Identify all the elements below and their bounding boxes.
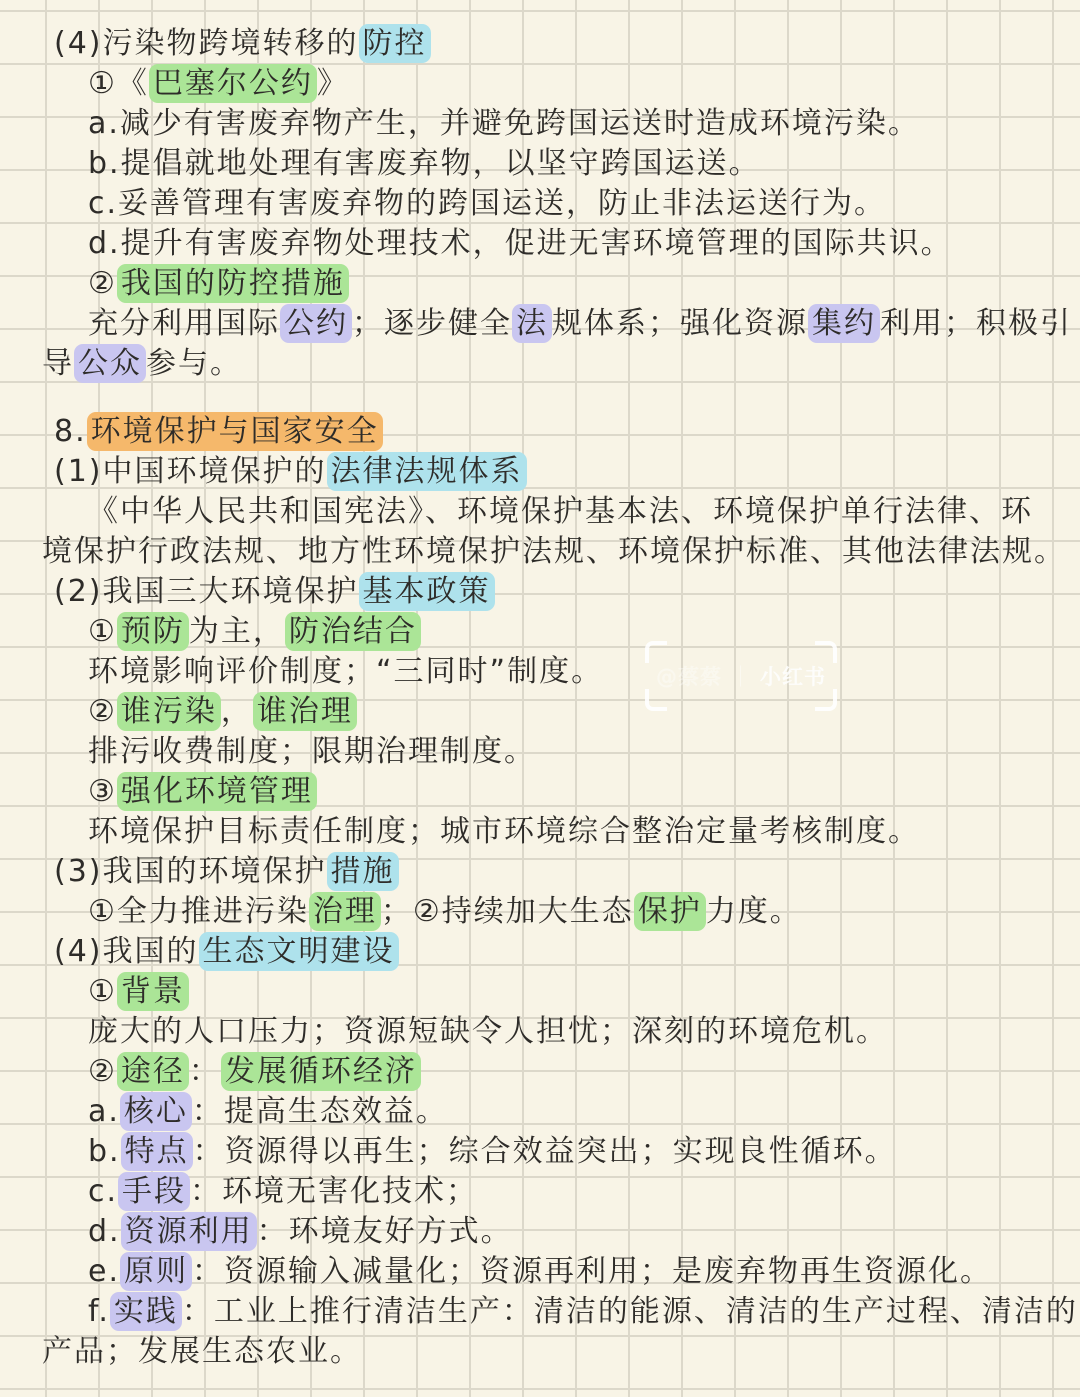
text-run: 利用；积极引 bbox=[880, 306, 1072, 341]
text-run: 力度。 bbox=[706, 894, 802, 929]
highlighted-term: 实践 bbox=[110, 1292, 182, 1331]
highlighted-term: 谁污染 bbox=[117, 692, 221, 731]
text-run: c. bbox=[88, 1174, 118, 1209]
note-line: f.实践：工业上推行清洁生产：清洁的能源、清洁的生产过程、清洁的 bbox=[42, 1292, 1080, 1332]
text-run: ： bbox=[189, 1054, 221, 1089]
text-run: ， bbox=[221, 694, 253, 729]
text-run: 》 bbox=[317, 66, 349, 101]
text-run: ①全力推进污染 bbox=[88, 894, 309, 929]
note-line: d.提升有害废弃物处理技术，促进无害环境管理的国际共识。 bbox=[42, 224, 1080, 264]
text-run: e. bbox=[88, 1254, 120, 1289]
notebook-page: (4)污染物跨境转移的防控①《巴塞尔公约》a.减少有害废弃物产生，并避免跨国运送… bbox=[0, 0, 1080, 1397]
text-run: ② bbox=[88, 266, 117, 301]
note-line: (2)我国三大环境保护基本政策 bbox=[42, 572, 1080, 612]
highlighted-term: 原则 bbox=[120, 1252, 192, 1291]
text-run: 庞大的人口压力；资源短缺令人担忧；深刻的环境危机。 bbox=[88, 1014, 888, 1049]
note-line: ①背景 bbox=[42, 972, 1080, 1012]
text-run: (4)我国的 bbox=[54, 934, 199, 969]
text-run: a.减少有害废弃物产生，并避免跨国运送时造成环境污染。 bbox=[88, 106, 920, 141]
highlighted-term: 特点 bbox=[121, 1132, 193, 1171]
note-line: 8.环境保护与国家安全 bbox=[42, 412, 1080, 452]
text-run: d.提升有害废弃物处理技术，促进无害环境管理的国际共识。 bbox=[88, 226, 953, 261]
text-run: ① bbox=[88, 974, 117, 1009]
text-run: (4)污染物跨境转移的 bbox=[54, 26, 359, 61]
note-line: e.原则：资源输入减量化；资源再利用；是废弃物再生资源化。 bbox=[42, 1252, 1080, 1292]
note-line: a.核心：提高生态效益。 bbox=[42, 1092, 1080, 1132]
text-run: 导 bbox=[42, 346, 74, 381]
text-run: a. bbox=[88, 1094, 120, 1129]
note-line: ②我国的防控措施 bbox=[42, 264, 1080, 304]
highlighted-term: 公约 bbox=[280, 304, 352, 343]
highlighted-term: 环境保护与国家安全 bbox=[87, 412, 383, 451]
note-line: 《中华人民共和国宪法》、环境保护基本法、环境保护单行法律、环 bbox=[42, 492, 1080, 532]
text-run: (2)我国三大环境保护 bbox=[54, 574, 359, 609]
note-line: b.特点：资源得以再生；综合效益突出；实现良性循环。 bbox=[42, 1132, 1080, 1172]
text-run: f. bbox=[88, 1294, 110, 1329]
highlighted-term: 生态文明建设 bbox=[199, 932, 399, 971]
text-run: 8. bbox=[54, 414, 87, 449]
text-run: 为主， bbox=[189, 614, 285, 649]
text-run: 产品；发展生态农业。 bbox=[42, 1334, 362, 1369]
highlighted-term: 资源利用 bbox=[121, 1212, 257, 1251]
highlighted-term: 集约 bbox=[808, 304, 880, 343]
highlighted-term: 核心 bbox=[120, 1092, 192, 1131]
text-run: 规体系；强化资源 bbox=[552, 306, 808, 341]
note-line: (1)中国环境保护的法律法规体系 bbox=[42, 452, 1080, 492]
text-run: c.妥善管理有害废弃物的跨国运送，防止非法运送行为。 bbox=[88, 186, 886, 221]
note-line: ①预防为主，防治结合 bbox=[42, 612, 1080, 652]
notes-text-block: (4)污染物跨境转移的防控①《巴塞尔公约》a.减少有害废弃物产生，并避免跨国运送… bbox=[42, 24, 1080, 1372]
note-line: a.减少有害废弃物产生，并避免跨国运送时造成环境污染。 bbox=[42, 104, 1080, 144]
note-line: c.妥善管理有害废弃物的跨国运送，防止非法运送行为。 bbox=[42, 184, 1080, 224]
note-line: (4)污染物跨境转移的防控 bbox=[42, 24, 1080, 64]
highlighted-term: 治理 bbox=[309, 892, 381, 931]
text-run: ①《 bbox=[88, 66, 149, 101]
highlighted-term: 防治结合 bbox=[285, 612, 421, 651]
highlighted-term: 公众 bbox=[74, 344, 146, 383]
text-run: 参与。 bbox=[146, 346, 242, 381]
highlighted-term: 谁治理 bbox=[253, 692, 357, 731]
note-line: ②途径：发展循环经济 bbox=[42, 1052, 1080, 1092]
highlighted-term: 法 bbox=[512, 304, 552, 343]
note-line: ①《巴塞尔公约》 bbox=[42, 64, 1080, 104]
note-line: (3)我国的环境保护措施 bbox=[42, 852, 1080, 892]
text-run: (1)中国环境保护的 bbox=[54, 454, 327, 489]
text-run: b. bbox=[88, 1134, 121, 1169]
highlighted-term: 预防 bbox=[117, 612, 189, 651]
text-run: ① bbox=[88, 614, 117, 649]
text-run: ：资源输入减量化；资源再利用；是废弃物再生资源化。 bbox=[192, 1254, 992, 1289]
text-run: ：环境友好方式。 bbox=[257, 1214, 513, 1249]
highlighted-term: 途径 bbox=[117, 1052, 189, 1091]
note-line: (4)我国的生态文明建设 bbox=[42, 932, 1080, 972]
text-run: 《中华人民共和国宪法》、环境保护基本法、环境保护单行法律、环 bbox=[88, 494, 1033, 529]
text-run: 环境保护目标责任制度；城市环境综合整治定量考核制度。 bbox=[88, 814, 920, 849]
text-run: ：工业上推行清洁生产：清洁的能源、清洁的生产过程、清洁的 bbox=[182, 1294, 1078, 1329]
note-line: 充分利用国际公约；逐步健全法规体系；强化资源集约利用；积极引 bbox=[42, 304, 1080, 344]
note-line: ②谁污染，谁治理 bbox=[42, 692, 1080, 732]
note-line: d.资源利用：环境友好方式。 bbox=[42, 1212, 1080, 1252]
text-run: 排污收费制度；限期治理制度。 bbox=[88, 734, 536, 769]
text-run: 境保护行政法规、地方性环境保护法规、环境保护标准、其他法律法规。 bbox=[42, 534, 1066, 569]
text-run: ：环境无害化技术； bbox=[190, 1174, 478, 1209]
highlighted-term: 法律法规体系 bbox=[327, 452, 527, 491]
text-run: 充分利用国际 bbox=[88, 306, 280, 341]
text-run: ③ bbox=[88, 774, 117, 809]
text-run: (3)我国的环境保护 bbox=[54, 854, 327, 889]
note-line: 环境影响评价制度；“三同时”制度。 bbox=[42, 652, 1080, 692]
note-line: c.手段：环境无害化技术； bbox=[42, 1172, 1080, 1212]
highlighted-term: 强化环境管理 bbox=[117, 772, 317, 811]
text-run: ② bbox=[88, 694, 117, 729]
note-line: 境保护行政法规、地方性环境保护法规、环境保护标准、其他法律法规。 bbox=[42, 532, 1080, 572]
note-line: 导公众参与。 bbox=[42, 344, 1080, 384]
text-run: d. bbox=[88, 1214, 121, 1249]
highlighted-term: 背景 bbox=[117, 972, 189, 1011]
note-line: ③强化环境管理 bbox=[42, 772, 1080, 812]
text-run: ：提高生态效益。 bbox=[192, 1094, 448, 1129]
text-run: ；②持续加大生态 bbox=[381, 894, 634, 929]
note-line: 庞大的人口压力；资源短缺令人担忧；深刻的环境危机。 bbox=[42, 1012, 1080, 1052]
highlighted-term: 巴塞尔公约 bbox=[149, 64, 317, 103]
highlighted-term: 保护 bbox=[634, 892, 706, 931]
text-run: ：资源得以再生；综合效益突出；实现良性循环。 bbox=[193, 1134, 897, 1169]
note-line: b.提倡就地处理有害废弃物，以坚守跨国运送。 bbox=[42, 144, 1080, 184]
note-line: 产品；发展生态农业。 bbox=[42, 1332, 1080, 1372]
note-line: 环境保护目标责任制度；城市环境综合整治定量考核制度。 bbox=[42, 812, 1080, 852]
highlighted-term: 措施 bbox=[327, 852, 399, 891]
text-run: ② bbox=[88, 1054, 117, 1089]
highlighted-term: 发展循环经济 bbox=[221, 1052, 421, 1091]
text-run: ；逐步健全 bbox=[352, 306, 512, 341]
highlighted-term: 手段 bbox=[118, 1172, 190, 1211]
note-line: 排污收费制度；限期治理制度。 bbox=[42, 732, 1080, 772]
highlighted-term: 防控 bbox=[359, 24, 431, 63]
highlighted-term: 我国的防控措施 bbox=[117, 264, 349, 303]
text-run: 环境影响评价制度；“三同时”制度。 bbox=[88, 654, 603, 689]
text-run: b.提倡就地处理有害废弃物，以坚守跨国运送。 bbox=[88, 146, 761, 181]
note-line: ①全力推进污染治理；②持续加大生态保护力度。 bbox=[42, 892, 1080, 932]
highlighted-term: 基本政策 bbox=[359, 572, 495, 611]
